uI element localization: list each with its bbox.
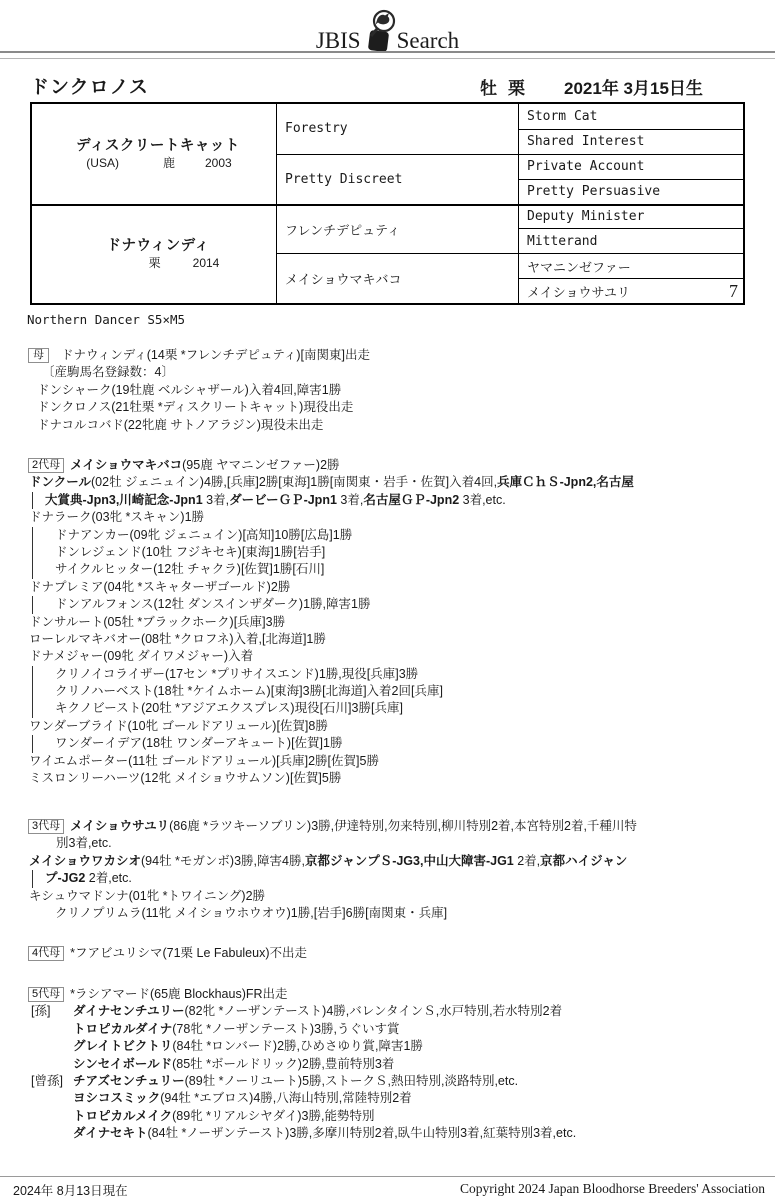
line-text: ワイエムポーター(11牡 ゴールドアリュール)[兵庫]2勝[佐賀]5勝 bbox=[29, 754, 379, 768]
gen3-cell-with-family-number: メイショウサユリ 7 bbox=[518, 278, 743, 303]
header-divider bbox=[0, 51, 775, 59]
horse-sex: 牡 bbox=[480, 74, 497, 99]
line-text: (86鹿 *ラツキーソブリン)3勝,伊達特別,勿来特別,柳川特別2着,本宮特別2… bbox=[169, 819, 637, 833]
pedigree-line: キシュウマドンナ(01牝 *トワイニング)2勝 bbox=[28, 888, 763, 905]
as-of-date: 2024年 8月13日現在 bbox=[13, 1181, 128, 1199]
horse-name-bold: グレイトビクトリ bbox=[73, 1039, 172, 1053]
page-title-horse-name: ドンクロノス bbox=[30, 72, 149, 99]
line-text: 別3着,etc. bbox=[56, 836, 112, 850]
line-text: 3着, bbox=[337, 493, 363, 507]
horse-coat: 栗 bbox=[508, 74, 525, 99]
pedigree-line: ダイナセキト(84牡 *ノーザンテースト)3勝,多摩川特別2着,臥牛山特別3着,… bbox=[28, 1125, 763, 1142]
line-text: サイクルヒッター(12牡 チャクラ)[佐賀]1勝[石川] bbox=[55, 562, 324, 576]
copyright-text: Copyright 2024 Japan Bloodhorse Breeders… bbox=[460, 1181, 765, 1199]
horse-name-bold: 兵庫ＣｈＳ-Jpn2,名古屋 bbox=[497, 475, 634, 489]
pedigree-line: トロピカルダイナ(78牝 *ノーザンテースト)3勝,うぐいす賞 bbox=[28, 1021, 763, 1038]
descendant-tag: [曾孫] bbox=[31, 1073, 63, 1090]
line-text: ドナウィンディ(14栗 *フレンチデピュティ)[南関東]出走 bbox=[61, 348, 370, 362]
generation-label: 5代母 bbox=[28, 987, 64, 1002]
horse-name-bold: シンセイボールド bbox=[73, 1057, 172, 1071]
line-text: (94牡 *モガンボ)3勝,障害4勝, bbox=[141, 854, 305, 868]
descendant-tag: [孫] bbox=[31, 1003, 50, 1020]
horse-name-bold: ダイナセンチユリー bbox=[73, 1004, 185, 1018]
line-text: ドナアンカー(09牝 ジェニュイン)[高知]10勝[広島]1勝 bbox=[55, 528, 352, 542]
line-text: 3着,etc. bbox=[459, 493, 506, 507]
sire-country: (USA) bbox=[86, 155, 119, 171]
line-text: ドナメジャー(09牝 ダイワメジャー)入着 bbox=[29, 649, 253, 663]
jbis-magnifier-horse-icon bbox=[360, 8, 400, 54]
horse-name-bold: ヨシコスミック bbox=[73, 1091, 160, 1105]
line-text: ワンダーブライド(10牝 ゴールドアリュール)[佐賀]8勝 bbox=[29, 719, 328, 733]
pedigree-line: サイクルヒッター(12牡 チャクラ)[佐賀]1勝[石川] bbox=[28, 561, 763, 578]
horse-name-bold: トロピカルメイク bbox=[73, 1109, 172, 1123]
horse-birthdate: 2021年 3月15日生 bbox=[564, 74, 703, 99]
pedigree-line: ドンレジェンド(10牡 フジキセキ)[東海]1勝[岩手] bbox=[28, 544, 763, 561]
section-granddam: 2代母メイショウマキバコ(95鹿 ヤマニンゼファー)2勝ドンクール(02牡 ジェ… bbox=[28, 457, 763, 787]
dam-cell: ドナウィンディ 栗 2014 bbox=[32, 204, 276, 304]
line-text: ドンレジェンド(10牡 フジキセキ)[東海]1勝[岩手] bbox=[55, 545, 325, 559]
pedigree-line: ドナプレミア(04牝 *スキャターザゴールド)2勝 bbox=[28, 579, 763, 596]
dam-dam-cell: メイショウマキバコ bbox=[276, 253, 518, 303]
family-number: 7 bbox=[729, 281, 738, 302]
pedigree-line: ワイエムポーター(11牡 ゴールドアリュール)[兵庫]2勝[佐賀]5勝 bbox=[28, 753, 763, 770]
horse-name-bold: プ-JG2 bbox=[45, 871, 85, 885]
sire-sire-cell: Forestry bbox=[276, 104, 518, 154]
line-text: ドンシャーク(19牡鹿 ベルシャザール)入着4回,障害1勝 bbox=[37, 383, 341, 397]
pedigree-line: ミスロンリーハーツ(12牝 メイショウサムソン)[佐賀]5勝 bbox=[28, 770, 763, 787]
pedigree-line: シンセイボールド(85牡 *ボールドリック)2勝,豊前特別3着 bbox=[28, 1056, 763, 1073]
section-dam: 母ドナウィンディ(14栗 *フレンチデピュティ)[南関東]出走〔産駒馬名登録数：… bbox=[28, 347, 763, 434]
line-text: 2着,etc. bbox=[85, 871, 132, 885]
tree-branch-bar bbox=[32, 700, 33, 717]
generation-label: 4代母 bbox=[28, 946, 64, 961]
horse-name-bold: 京都ジャンプＳ-JG3,中山大障害-JG1 bbox=[305, 854, 514, 868]
pedigree-line: ドンシャーク(19牡鹿 ベルシャザール)入着4回,障害1勝 bbox=[28, 382, 763, 399]
line-text: クリノハーベスト(18牡 *ケイムホーム)[東海]3勝[北海道]入着2回[兵庫] bbox=[55, 684, 443, 698]
dam-details: 栗 2014 bbox=[97, 255, 220, 271]
tree-branch-bar bbox=[32, 666, 33, 683]
gen3-cell: Deputy Minister bbox=[518, 204, 743, 229]
line-text: (85牡 *ボールドリック)2勝,豊前特別3着 bbox=[172, 1057, 394, 1071]
pedigree-line: ドナアンカー(09牝 ジェニュイン)[高知]10勝[広島]1勝 bbox=[28, 527, 763, 544]
pedigree-line: 大賞典-Jpn3,川崎記念-Jpn1 3着,ダービーＧＰ-Jpn1 3着,名古屋… bbox=[28, 492, 763, 509]
line-text: (82牝 *ノーザンテースト)4勝,バレンタインＳ,水戸特別,若水特別2着 bbox=[185, 1004, 563, 1018]
section-fifth-dam: 5代母*ラシアマード(65鹿 Blockhaus)FR出走[孫]ダイナセンチユリ… bbox=[28, 986, 763, 1143]
sire-coat: 鹿 bbox=[163, 155, 175, 171]
line-text: ドンサルート(05牡 *ブラックホーク)[兵庫]3勝 bbox=[29, 615, 285, 629]
line-text: (89牡 *ノーリユート)5勝,ストークＳ,熱田特別,淡路特別,etc. bbox=[185, 1074, 518, 1088]
pedigree-line: クリノプリムラ(11牝 メイショウホウオウ)1勝,[岩手]6勝[南関東・兵庫] bbox=[28, 905, 763, 922]
generation-label: 2代母 bbox=[28, 458, 64, 473]
sire-dam-cell: Pretty Discreet bbox=[276, 154, 518, 204]
line-text: 2着, bbox=[514, 854, 540, 868]
pedigree-line: ヨシコスミック(94牡 *エブロス)4勝,八海山特別,常陸特別2着 bbox=[28, 1090, 763, 1107]
tree-branch-bar bbox=[32, 544, 33, 561]
pedigree-line: クリノハーベスト(18牡 *ケイムホーム)[東海]3勝[北海道]入着2回[兵庫] bbox=[28, 683, 763, 700]
line-text: *フアビユリシマ(71栗 Le Fabuleux)不出走 bbox=[70, 946, 307, 960]
pedigree-line: ドンサルート(05牡 *ブラックホーク)[兵庫]3勝 bbox=[28, 614, 763, 631]
pedigree-line: 3代母メイショウサユリ(86鹿 *ラツキーソブリン)3勝,伊達特別,勿来特別,柳… bbox=[28, 818, 763, 835]
tree-branch-bar bbox=[32, 596, 33, 613]
line-text: (84牡 *ロンバード)2勝,ひめさゆり賞,障害1勝 bbox=[172, 1039, 423, 1053]
pedigree-line: ドンアルフォンス(12牡 ダンスインザダーク)1勝,障害1勝 bbox=[28, 596, 763, 613]
pedigree-line: 別3着,etc. bbox=[28, 835, 763, 852]
sire-details: (USA) 鹿 2003 bbox=[84, 155, 231, 171]
line-text: ワンダーイデア(18牡 ワンダーアキュート)[佐賀]1勝 bbox=[55, 736, 342, 750]
pedigree-line: プ-JG2 2着,etc. bbox=[28, 870, 763, 887]
dam-coat: 栗 bbox=[149, 255, 161, 271]
pedigree-line: キクノビースト(20牡 *アジアエクスプレス)現役[石川]3勝[兵庫] bbox=[28, 700, 763, 717]
gen3-cell: Private Account bbox=[518, 154, 743, 179]
pedigree-line: ワンダーブライド(10牝 ゴールドアリュール)[佐賀]8勝 bbox=[28, 718, 763, 735]
line-text: (84牡 *ノーザンテースト)3勝,多摩川特別2着,臥牛山特別3着,紅葉特別3着… bbox=[148, 1126, 577, 1140]
line-text: *ラシアマード(65鹿 Blockhaus)FR出走 bbox=[70, 987, 287, 1001]
jbis-search-logo: JBIS Search bbox=[0, 6, 775, 52]
sire-name: ディスクリートキャット bbox=[76, 137, 240, 155]
horse-name-bold: メイショウサユリ bbox=[70, 819, 169, 833]
section-fourth-dam: 4代母*フアビユリシマ(71栗 Le Fabuleux)不出走 bbox=[28, 945, 763, 962]
pedigree-line: [孫]ダイナセンチユリー(82牝 *ノーザンテースト)4勝,バレンタインＳ,水戸… bbox=[28, 1003, 763, 1020]
gen3-cell: Pretty Persuasive bbox=[518, 179, 743, 204]
generation-label: 3代母 bbox=[28, 819, 64, 834]
pedigree-line: ドンクール(02牡 ジェニュイン)4勝,[兵庫]2勝[東海]1勝[南関東・岩手・… bbox=[28, 474, 763, 491]
logo-text-jbis: JBIS bbox=[316, 29, 361, 52]
tree-branch-bar bbox=[32, 683, 33, 700]
title-row: ドンクロノス 牡 栗 2021年 3月15日生 bbox=[30, 72, 745, 98]
horse-name-bold: メイショウマキバコ bbox=[70, 458, 182, 472]
inbreeding-note: Northern Dancer S5×M5 bbox=[27, 312, 185, 327]
line-text: クリノプリムラ(11牝 メイショウホウオウ)1勝,[岩手]6勝[南関東・兵庫] bbox=[55, 906, 447, 920]
footer-divider bbox=[0, 1176, 775, 1177]
logo-text-search: Search bbox=[397, 29, 460, 52]
horse-name-bold: 大賞典-Jpn3,川崎記念-Jpn1 bbox=[45, 493, 203, 507]
pedigree-line: クリノイコライザー(17セン *プリサイスエンド)1勝,現役[兵庫]3勝 bbox=[28, 666, 763, 683]
horse-name-bold: ダイナセキト bbox=[73, 1126, 148, 1140]
tree-branch-bar bbox=[32, 527, 33, 544]
pedigree-line: ドンクロノス(21牡栗 *ディスクリートキャット)現役出走 bbox=[28, 399, 763, 416]
line-text: (02牡 ジェニュイン)4勝,[兵庫]2勝[東海]1勝[南関東・岩手・佐賀]入着… bbox=[91, 475, 497, 489]
pedigree-table: ディスクリートキャット (USA) 鹿 2003 ドナウィンディ 栗 2014 … bbox=[30, 102, 745, 305]
line-text: ドナプレミア(04牝 *スキャターザゴールド)2勝 bbox=[29, 580, 290, 594]
pedigree-line: ドナコルコバド(22牝鹿 サトノアラジン)現役未出走 bbox=[28, 417, 763, 434]
pedigree-line: 母ドナウィンディ(14栗 *フレンチデピュティ)[南関東]出走 bbox=[28, 347, 763, 364]
horse-name-bold: 名古屋ＧＰ-Jpn2 bbox=[363, 493, 459, 507]
line-text: ドンクロノス(21牡栗 *ディスクリートキャット)現役出走 bbox=[37, 400, 353, 414]
line-text: (78牝 *ノーザンテースト)3勝,うぐいす賞 bbox=[172, 1022, 399, 1036]
pedigree-line: [曾孫]チアズセンチュリー(89牡 *ノーリユート)5勝,ストークＳ,熱田特別,… bbox=[28, 1073, 763, 1090]
line-text: クリノイコライザー(17セン *プリサイスエンド)1勝,現役[兵庫]3勝 bbox=[55, 667, 418, 681]
pedigree-line: ローレルマキバオー(08牡 *クロフネ)入着,[北海道]1勝 bbox=[28, 631, 763, 648]
horse-name-bold: チアズセンチュリー bbox=[73, 1074, 185, 1088]
gen3-cell: Storm Cat bbox=[518, 104, 743, 129]
line-text: ドナラーク(03牝 *スキャン)1勝 bbox=[29, 510, 204, 524]
gen3-cell: ヤマニンゼファー bbox=[518, 253, 743, 278]
pedigree-line: 2代母メイショウマキバコ(95鹿 ヤマニンゼファー)2勝 bbox=[28, 457, 763, 474]
generation-label: 母 bbox=[28, 348, 49, 363]
line-text: ローレルマキバオー(08牡 *クロフネ)入着,[北海道]1勝 bbox=[29, 632, 326, 646]
pedigree-line: 5代母*ラシアマード(65鹿 Blockhaus)FR出走 bbox=[28, 986, 763, 1003]
footer: 2024年 8月13日現在 Copyright 2024 Japan Blood… bbox=[0, 1181, 775, 1199]
line-text: キクノビースト(20牡 *アジアエクスプレス)現役[石川]3勝[兵庫] bbox=[55, 701, 403, 715]
pedigree-line: ドナメジャー(09牝 ダイワメジャー)入着 bbox=[28, 648, 763, 665]
line-text: ドナコルコバド(22牝鹿 サトノアラジン)現役未出走 bbox=[37, 418, 323, 432]
tree-branch-bar bbox=[32, 735, 33, 752]
pedigree-line: メイショウワカシオ(94牡 *モガンボ)3勝,障害4勝,京都ジャンプＳ-JG3,… bbox=[28, 853, 763, 870]
dam-name: ドナウィンディ bbox=[107, 237, 210, 255]
pedigree-line: 〔産駒馬名登録数：4〕 bbox=[28, 364, 763, 381]
dam-year: 2014 bbox=[193, 255, 220, 271]
pedigree-line: 4代母*フアビユリシマ(71栗 Le Fabuleux)不出走 bbox=[28, 945, 763, 962]
line-text: 3着, bbox=[203, 493, 229, 507]
pedigree-line: ドナラーク(03牝 *スキャン)1勝 bbox=[28, 509, 763, 526]
pedigree-line: ワンダーイデア(18牡 ワンダーアキュート)[佐賀]1勝 bbox=[28, 735, 763, 752]
tree-branch-bar bbox=[32, 492, 33, 509]
pedigree-line: トロピカルメイク(89牝 *リアルシヤダイ)3勝,能勢特別 bbox=[28, 1108, 763, 1125]
dam-sire-cell: フレンチデピュティ bbox=[276, 204, 518, 254]
horse-name-bold: ドンクール bbox=[29, 475, 91, 489]
gen3-cell: Shared Interest bbox=[518, 129, 743, 154]
tree-branch-bar bbox=[32, 870, 33, 887]
horse-name-bold: ダービーＧＰ-Jpn1 bbox=[229, 493, 337, 507]
line-text: ドンアルフォンス(12牡 ダンスインザダーク)1勝,障害1勝 bbox=[55, 597, 370, 611]
horse-name-bold: メイショウワカシオ bbox=[29, 854, 141, 868]
line-text: (94牡 *エブロス)4勝,八海山特別,常陸特別2着 bbox=[160, 1091, 411, 1105]
horse-name-bold: 京都ハイジャン bbox=[540, 854, 627, 868]
line-text: (95鹿 ヤマニンゼファー)2勝 bbox=[182, 458, 339, 472]
sire-year: 2003 bbox=[205, 155, 232, 171]
tree-branch-bar bbox=[32, 561, 33, 578]
line-text: キシュウマドンナ(01牝 *トワイニング)2勝 bbox=[29, 889, 265, 903]
line-text: ミスロンリーハーツ(12牝 メイショウサムソン)[佐賀]5勝 bbox=[29, 771, 341, 785]
section-third-dam: 3代母メイショウサユリ(86鹿 *ラツキーソブリン)3勝,伊達特別,勿来特別,柳… bbox=[28, 818, 763, 922]
sire-cell: ディスクリートキャット (USA) 鹿 2003 bbox=[32, 104, 276, 204]
gen3-name: メイショウサユリ bbox=[527, 282, 630, 301]
line-text: 〔産駒馬名登録数：4〕 bbox=[42, 365, 174, 379]
gen3-cell: Mitterand bbox=[518, 228, 743, 253]
pedigree-line: グレイトビクトリ(84牡 *ロンバード)2勝,ひめさゆり賞,障害1勝 bbox=[28, 1038, 763, 1055]
line-text: (89牝 *リアルシヤダイ)3勝,能勢特別 bbox=[172, 1109, 374, 1123]
horse-name-bold: トロピカルダイナ bbox=[73, 1022, 172, 1036]
